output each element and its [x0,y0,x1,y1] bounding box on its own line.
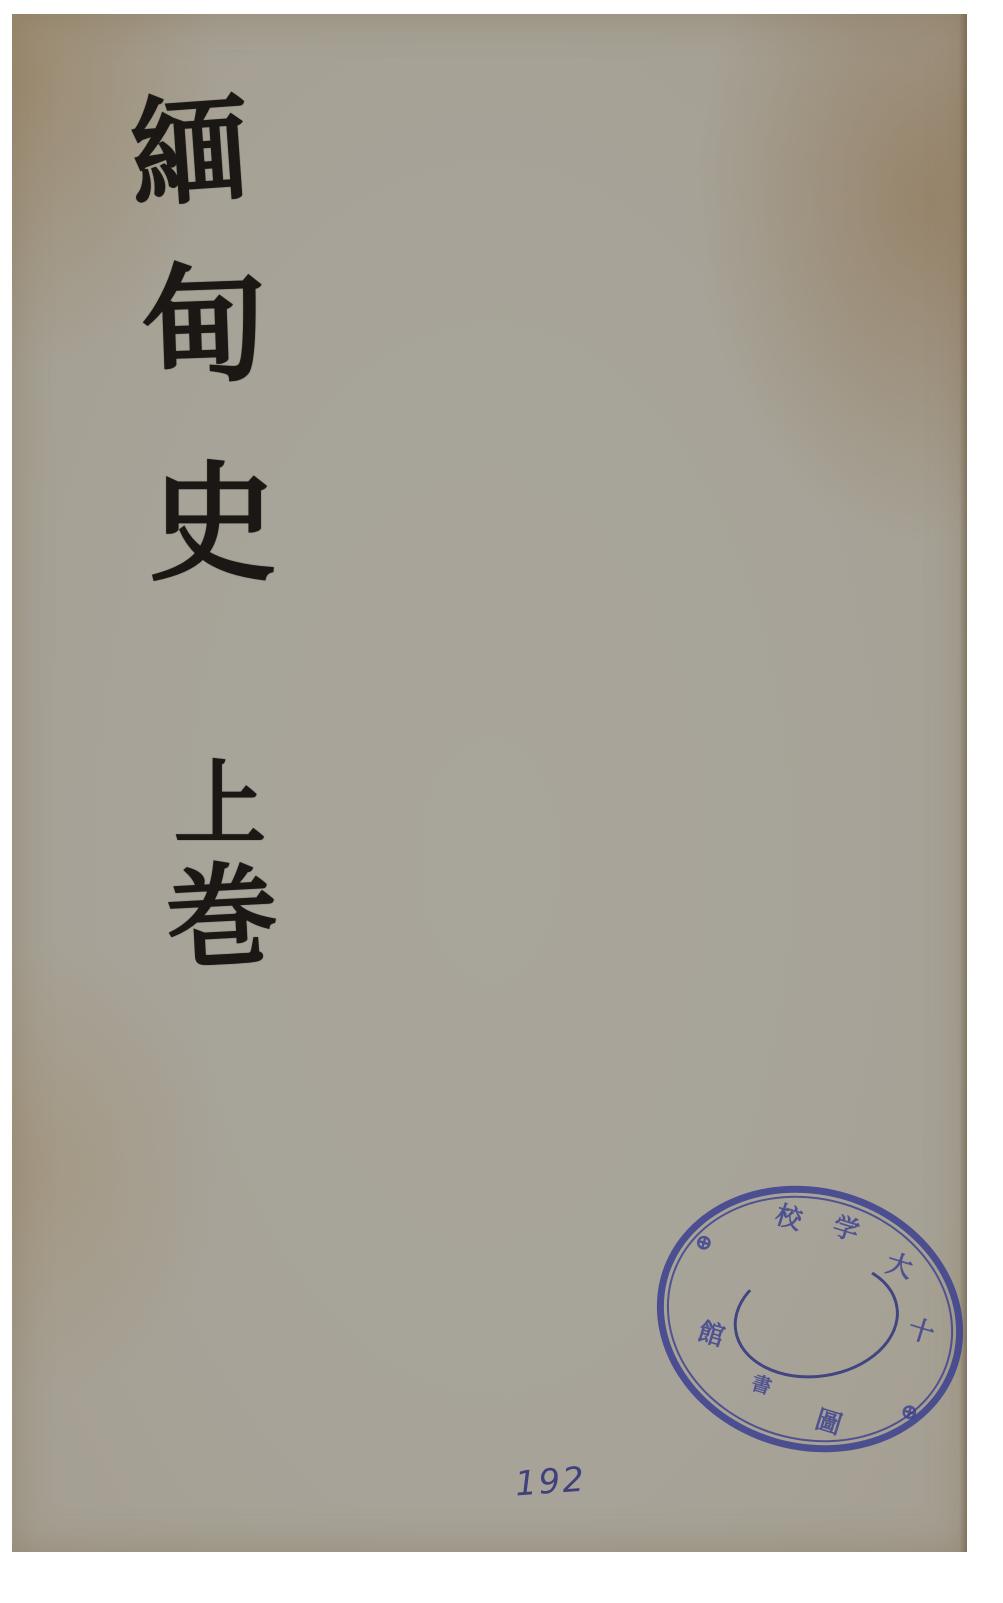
volume-char-2: 巻 [159,859,285,977]
title-char-2: 甸 [138,260,272,392]
handwritten-catalog-number: 192 [514,1460,588,1505]
volume-char-1: 上 [165,758,275,850]
title-char-1: 緬 [116,87,264,214]
title-char-3: 史 [148,460,278,588]
